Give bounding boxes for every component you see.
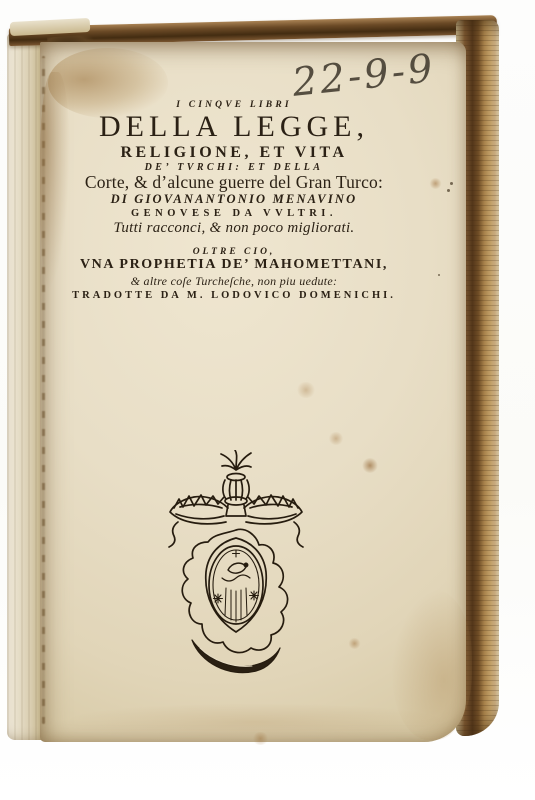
title-line-author: DI GIOVANANTONIO MENAVINO (42, 192, 426, 207)
foxing-spot (296, 382, 316, 398)
foxing-spot (362, 458, 378, 473)
title-line-genovese: GENOVESE DA VVLTRI. (42, 208, 426, 219)
foxing-spot (348, 638, 361, 649)
corner-stain (392, 590, 472, 740)
ink-speck (438, 274, 440, 276)
title-line-racconci: Tutti racconci, & non poco migliorati. (42, 220, 426, 237)
title-line-corte: Corte, & d’alcune guerre del Gran Turco: (42, 172, 426, 193)
title-line-translator: TRADOTTE DA M. LODOVICO DOMENICHI. (42, 290, 426, 301)
title-line-oltre: OLTRE CIO, (42, 247, 426, 257)
title-line-religione: RELIGIONE, ET VITA (42, 144, 426, 162)
foxing-spot (328, 432, 344, 445)
foxing-spot (252, 732, 269, 745)
title-line-main: DELLA LEGGE, (42, 110, 426, 144)
bottom-edge-stain (70, 704, 440, 740)
book-cover-left-edge (7, 33, 44, 740)
ink-speck (450, 182, 453, 185)
title-line-prophetia: VNA PROPHETIA DE’ MAHOMETTANI, (42, 257, 426, 273)
printer-device-woodcut-icon (162, 450, 310, 702)
title-line-series: I CINQVE LIBRI (42, 100, 426, 110)
photo-background: 22-9-9 I CINQVE LIBRI DELLA LEGGE, RELIG… (0, 0, 535, 800)
title-line-turchesche: & altre coſe Turcheſche, non piu uedute: (42, 274, 426, 289)
foxing-spot (429, 178, 442, 189)
title-text-block: I CINQVE LIBRI DELLA LEGGE, RELIGIONE, E… (42, 98, 426, 358)
ink-speck (447, 189, 450, 192)
title-page: 22-9-9 I CINQVE LIBRI DELLA LEGGE, RELIG… (40, 42, 466, 742)
